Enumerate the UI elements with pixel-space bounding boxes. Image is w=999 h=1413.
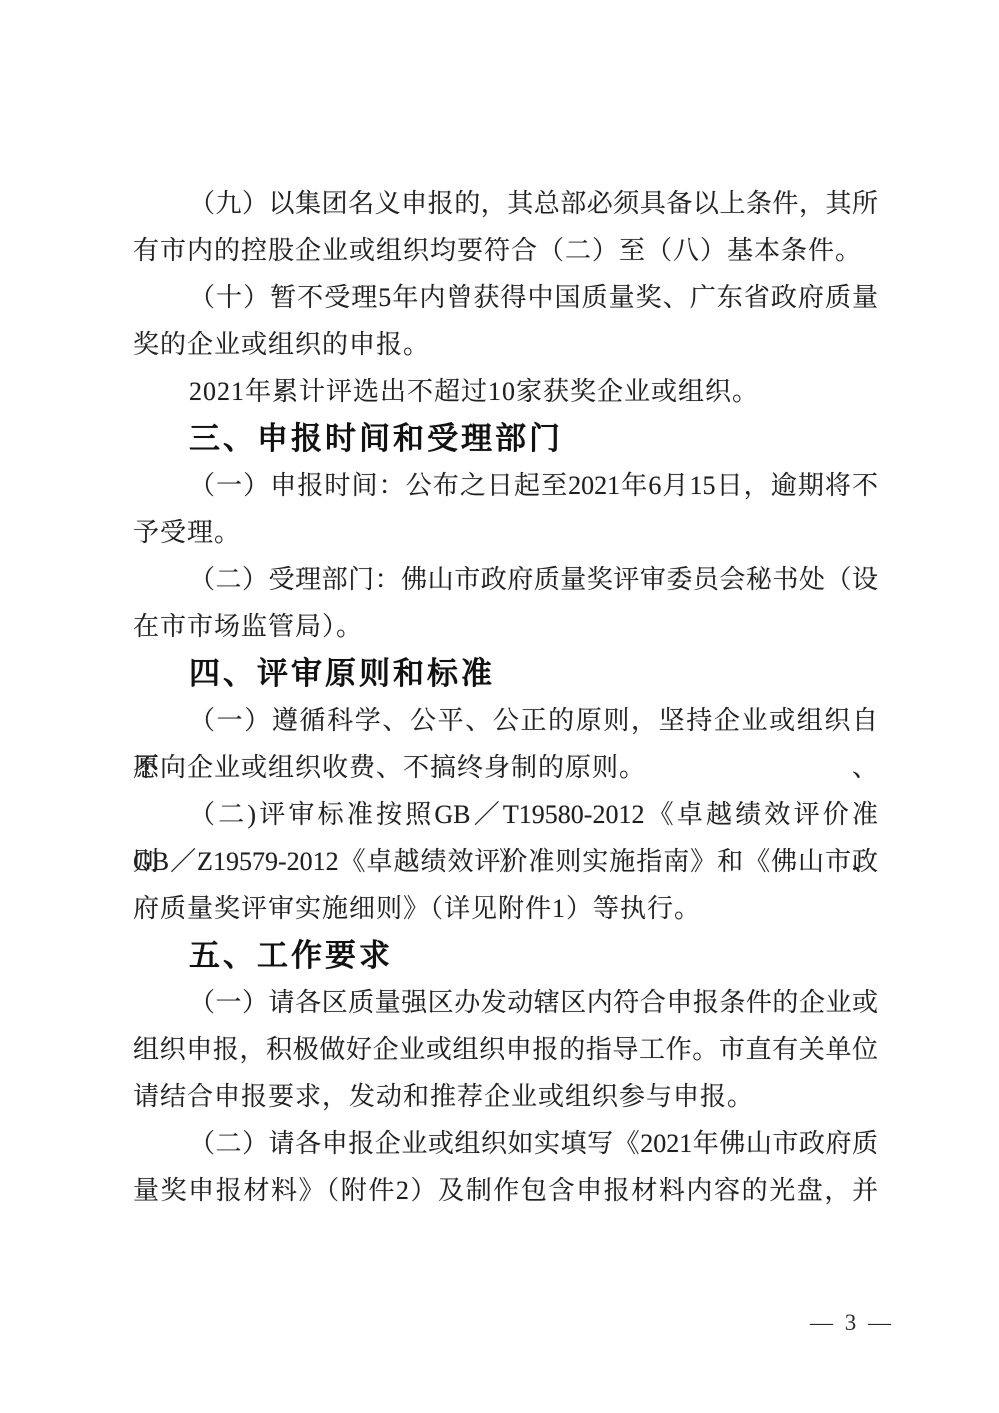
section-heading: 五、工作要求 xyxy=(133,932,878,979)
paragraph-line: （一）请各区质量强区办发动辖区内符合申报条件的企业或 xyxy=(133,979,878,1026)
paragraph-line: 量奖申报材料》（附件2）及制作包含申报材料内容的光盘，并 xyxy=(133,1167,878,1214)
paragraph-line: 府质量奖评审实施细则》（详见附件1）等执行。 xyxy=(133,885,878,932)
paragraph-line: 在市市场监管局）。 xyxy=(133,603,878,650)
paragraph-line: （九）以集团名义申报的，其总部必须具备以上条件，其所 xyxy=(133,180,878,227)
page-number: — 3 — xyxy=(810,1310,894,1336)
paragraph-line: （十）暂不受理5年内曾获得中国质量奖、广东省政府质量 xyxy=(133,274,878,321)
paragraph-line: 请结合申报要求，发动和推荐企业或组织参与申报。 xyxy=(133,1073,878,1120)
paragraph-line: （二)评审标准按照GB／T19580-2012《卓越绩效评价准则》、 xyxy=(133,791,878,838)
section-heading: 三、申报时间和受理部门 xyxy=(133,415,878,462)
paragraph-line: （二）请各申报企业或组织如实填写《2021年佛山市政府质 xyxy=(133,1120,878,1167)
paragraph-line: 有市内的控股企业或组织均要符合（二）至（八）基本条件。 xyxy=(133,227,878,274)
paragraph-line: 2021年累计评选出不超过10家获奖企业或组织。 xyxy=(133,368,878,415)
paragraph-line: （一）遵循科学、公平、公正的原则，坚持企业或组织自愿、 xyxy=(133,697,878,744)
paragraph-line: 予受理。 xyxy=(133,509,878,556)
paragraph-line: （一）申报时间：公布之日起至2021年6月15日，逾期将不 xyxy=(133,462,878,509)
paragraph-line: 奖的企业或组织的申报。 xyxy=(133,321,878,368)
paragraph-line: 组织申报，积极做好企业或组织申报的指导工作。市直有关单位 xyxy=(133,1026,878,1073)
paragraph-line: （二）受理部门：佛山市政府质量奖评审委员会秘书处（设 xyxy=(133,556,878,603)
document-page: （九）以集团名义申报的，其总部必须具备以上条件，其所 有市内的控股企业或组织均要… xyxy=(0,0,999,1413)
section-heading: 四、评审原则和标准 xyxy=(133,650,878,697)
document-body: （九）以集团名义申报的，其总部必须具备以上条件，其所 有市内的控股企业或组织均要… xyxy=(133,180,878,1214)
paragraph-line: GB／Z19579-2012《卓越绩效评价准则实施指南》和《佛山市政 xyxy=(133,838,878,885)
